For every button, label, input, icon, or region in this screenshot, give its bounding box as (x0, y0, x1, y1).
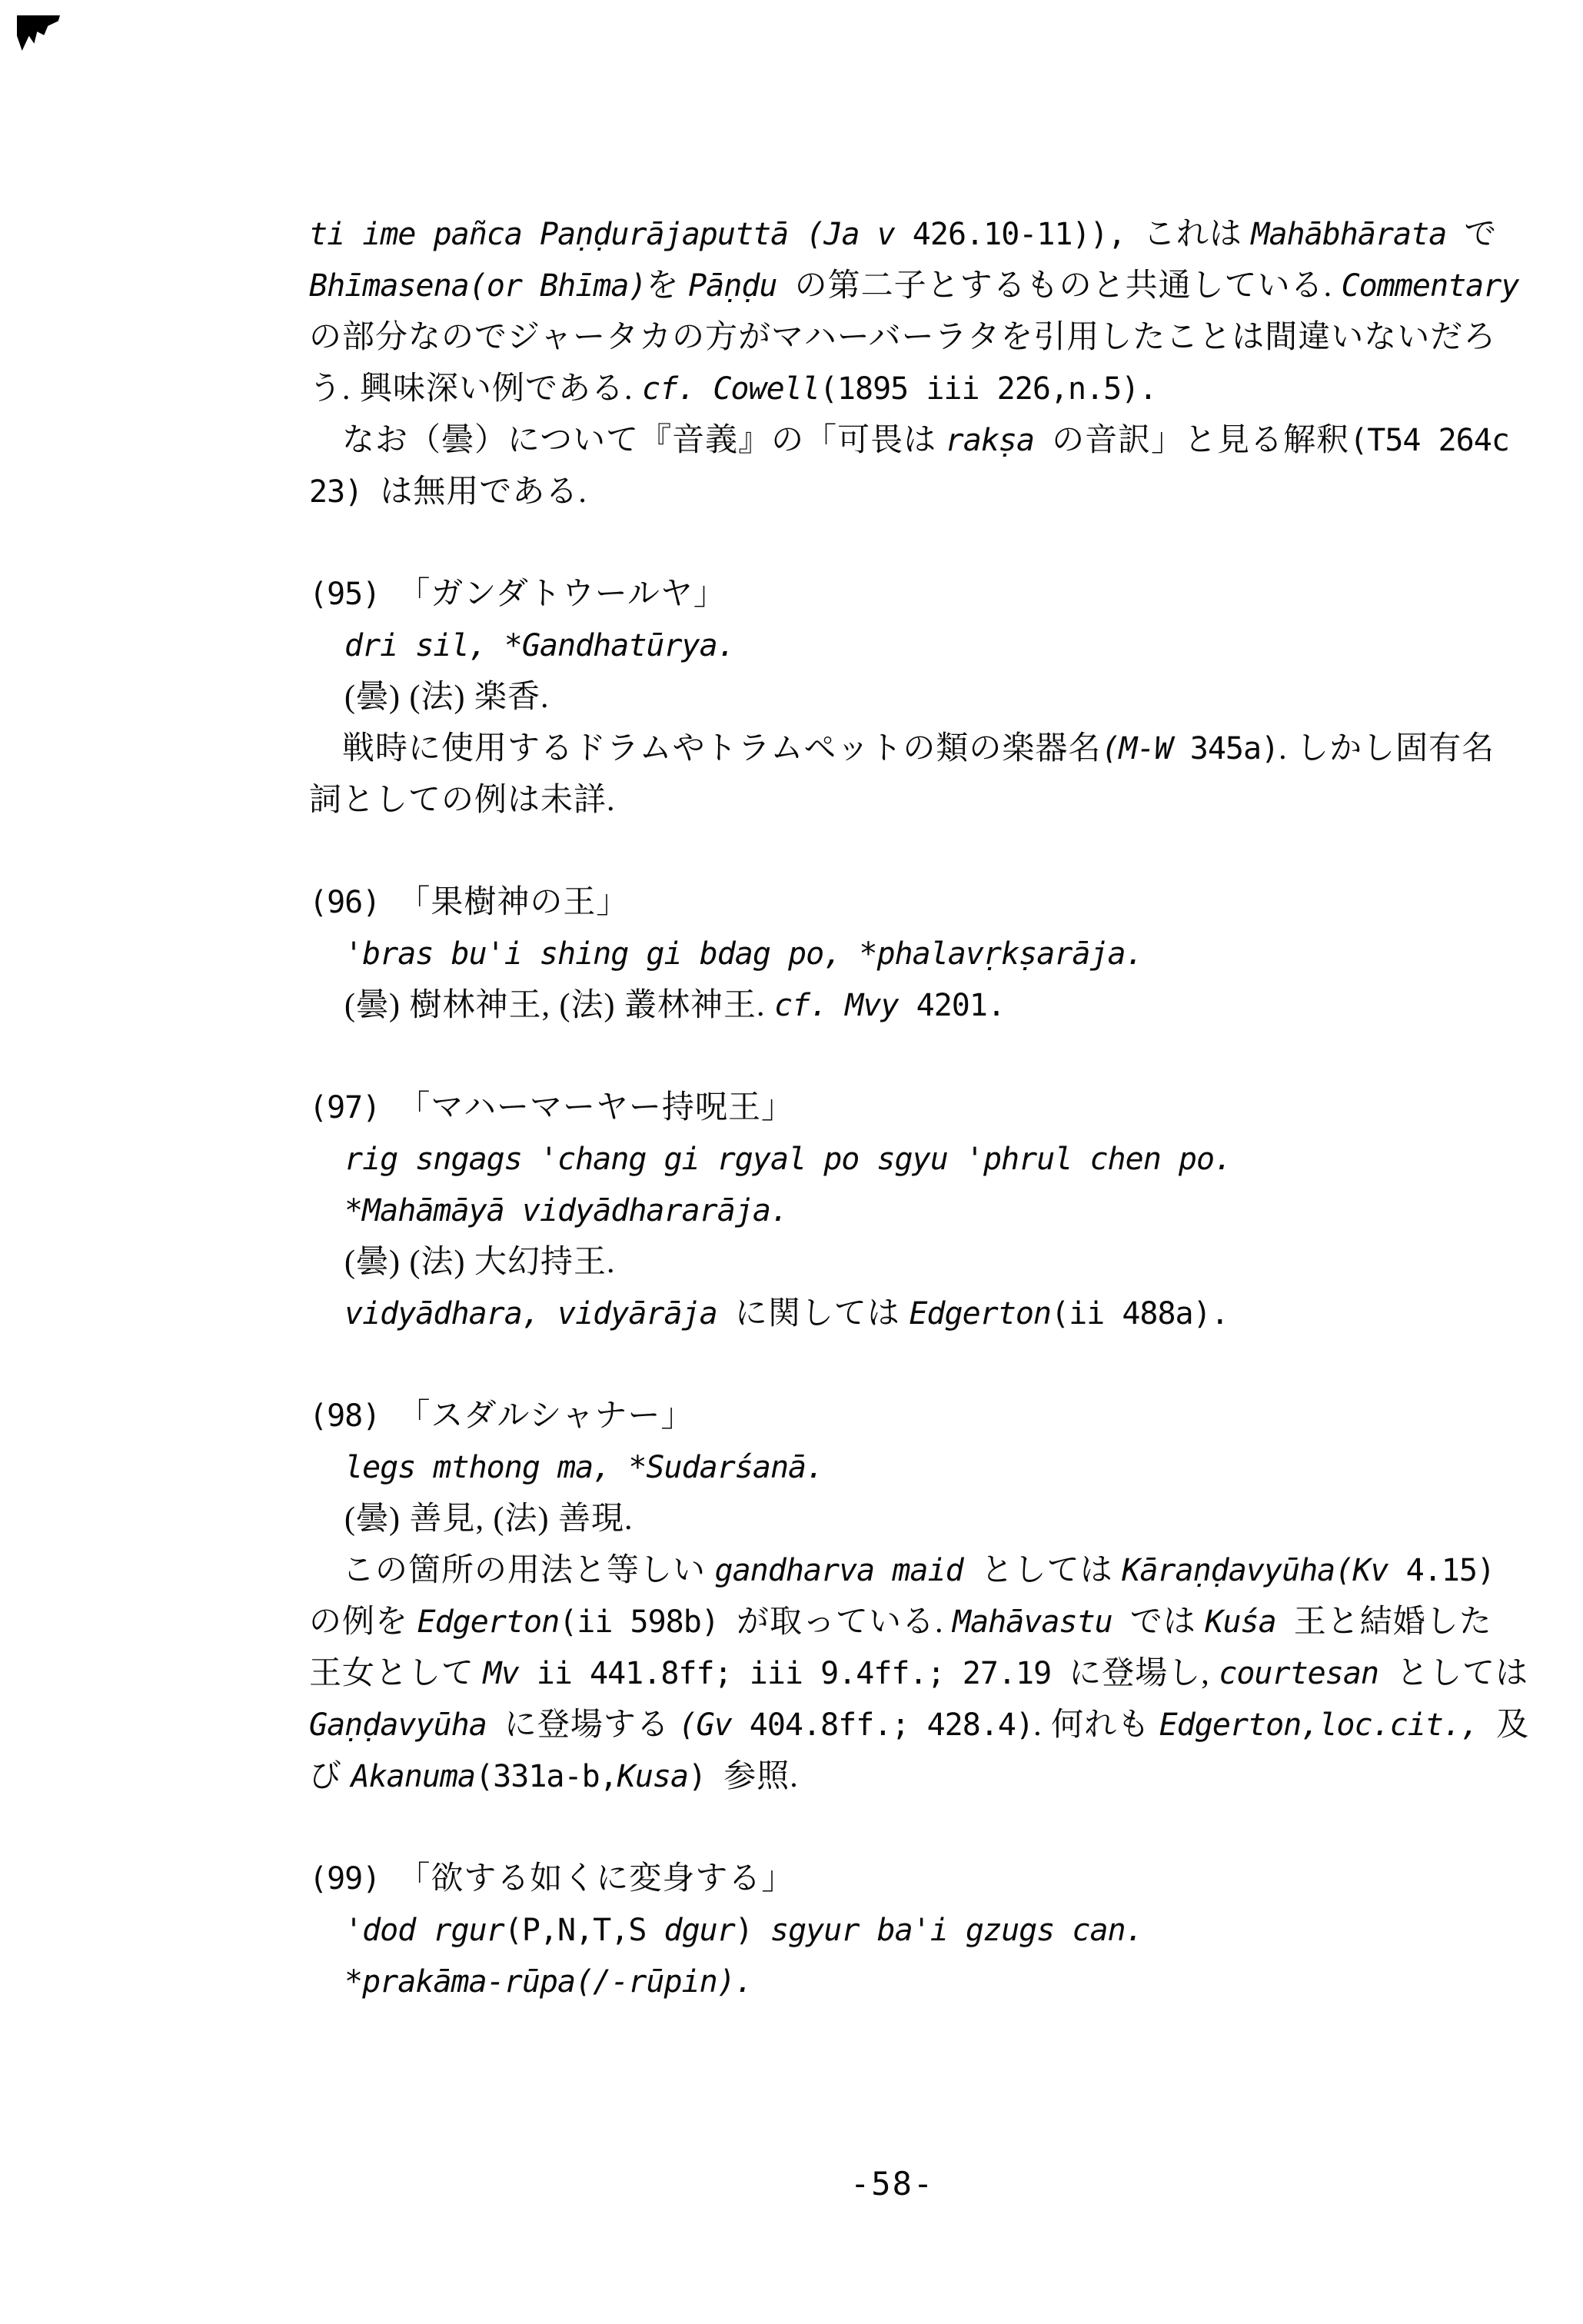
japanese-text: 及 (1496, 1707, 1529, 1743)
entry-96: (96) 「果樹神の王」'bras bu'i shing gi bdag po,… (309, 877, 1539, 1032)
japanese-text: に登場する (504, 1707, 679, 1743)
entry-97: (97) 「マハーマーヤー持呪王」rig sngags 'chang gi rg… (309, 1082, 1539, 1340)
latin-text: cf. Cowell (642, 371, 820, 407)
text-line: (曇) 樹林神王, (法) 叢林神王. cf. Mvy 4201. (309, 980, 1539, 1032)
text-line: う. 興味深い例である. cf. Cowell(1895 iii 226,n.5… (309, 364, 1539, 415)
latin-text: ii 441.8ff; iii 9.4ff.; 27.19 (537, 1656, 1069, 1691)
latin-text: (99) (309, 1861, 397, 1897)
entry-98: (98) 「スダルシャナー」legs mthong ma, *Sudarśanā… (309, 1391, 1539, 1803)
text-line: (96) 「果樹神の王」 (309, 877, 1539, 929)
latin-text: Edgerton (909, 1296, 1051, 1332)
entry-99: (99) 「欲する如くに変身する」'dod rgur(P,N,T,S dgur)… (309, 1854, 1539, 2008)
japanese-text: 「スダルシャナー」 (397, 1398, 693, 1434)
text-line: 'dod rgur(P,N,T,S dgur) sgyur ba'i gzugs… (309, 1905, 1539, 1957)
text-line: (98) 「スダルシャナー」 (309, 1391, 1539, 1442)
latin-text: 404.8ff.; 428.4) (750, 1707, 1033, 1743)
japanese-text: は無用である. (380, 474, 587, 510)
japanese-text: としては (1396, 1656, 1528, 1691)
japanese-text: う. 興味深い例である. (309, 371, 642, 407)
latin-text: 426.10-11)), (913, 217, 1143, 252)
page-number: -58- (850, 2165, 934, 2203)
text-line: ti ime pañca Paṇḍurājaputtā (Ja v 426.10… (309, 209, 1539, 261)
latin-text: Mahābhārata (1251, 217, 1464, 252)
latin-text: (P,N,T,S (504, 1913, 664, 1948)
latin-text: 'dod rgur (344, 1913, 504, 1948)
scanned-page: ti ime pañca Paṇḍurājaputtā (Ja v 426.10… (0, 0, 1583, 2324)
japanese-text: 戦時に使用するドラムやトラムペットの類の楽器名 (309, 731, 1101, 766)
japanese-text: この箇所の用法と等しい (309, 1553, 715, 1588)
text-line: *prakāma-rūpa(/-rūpin). (309, 1957, 1539, 2008)
latin-text: (331a-b, (475, 1759, 617, 1794)
text-line: Bhīmasena(or Bhīma)を Pāṇḍu の第二子とするものと共通し… (309, 261, 1539, 312)
latin-text: ) (735, 1913, 770, 1948)
text-line: (曇) (法) 大幻持王. (309, 1237, 1539, 1288)
latin-text: (M-W (1101, 731, 1189, 766)
latin-text: ) (688, 1759, 723, 1794)
text-line: なお（曇）について『音義』の「可畏は rakṣa の音訳」と見る解釈(T54 2… (309, 415, 1539, 467)
latin-text: Kuśa (1205, 1604, 1293, 1640)
latin-text: (97) (309, 1090, 397, 1125)
japanese-text: では (1130, 1604, 1206, 1640)
japanese-text: . しかし固有名 (1279, 731, 1495, 766)
latin-text: Commentary (1342, 268, 1519, 304)
latin-text: 4201. (916, 988, 1005, 1023)
japanese-text: の部分なのでジャータカの方がマハーバーラタを引用したことは間違いないだろ (309, 320, 1496, 355)
latin-text: *Mahāmāyā vidyādhararāja. (344, 1193, 788, 1228)
japanese-text: としては (981, 1553, 1122, 1588)
japanese-text: の例を (309, 1604, 417, 1640)
text-line: dri sil, *Gandhatūrya. (309, 620, 1539, 672)
latin-text: legs mthong ma, *Sudarśanā. (344, 1450, 823, 1485)
japanese-text: 「ガンダトウールヤ」 (397, 577, 726, 612)
text-line: rig sngags 'chang gi rgyal po sgyu 'phru… (309, 1134, 1539, 1185)
latin-text: (95) (309, 577, 397, 612)
latin-text: Edgerton (417, 1604, 560, 1640)
japanese-text: に登場し, (1069, 1656, 1219, 1691)
japanese-text: (曇) (法) 大幻持王. (344, 1245, 615, 1280)
japanese-text: 王女として (309, 1656, 484, 1691)
entry-95: (95) 「ガンダトウールヤ」dri sil, *Gandhatūrya.(曇)… (309, 569, 1539, 826)
japanese-text: (曇) 樹林神王, (法) 叢林神王. (344, 988, 774, 1023)
japanese-text: に関しては (735, 1296, 910, 1332)
latin-text: Edgerton,loc.cit., (1159, 1707, 1497, 1743)
latin-text: courtesan (1219, 1656, 1396, 1691)
latin-text: Akanuma (351, 1759, 476, 1794)
text-line: Gaṇḍavyūha に登場する (Gv 404.8ff.; 428.4). 何… (309, 1700, 1539, 1751)
japanese-text: (曇) (法) 楽香. (344, 680, 549, 715)
latin-text: Bhīmasena(or Bhīma) (309, 268, 647, 304)
text-line: 王女として Mv ii 441.8ff; iii 9.4ff.; 27.19 に… (309, 1648, 1539, 1700)
latin-text: (1895 iii 226,n.5). (820, 371, 1157, 407)
text-line: legs mthong ma, *Sudarśanā. (309, 1442, 1539, 1494)
latin-text: Pāṇḍu (688, 268, 795, 304)
japanese-text: 詞としての例は未詳. (309, 783, 616, 818)
japanese-text: これは (1143, 217, 1252, 252)
latin-text: (96) (309, 885, 397, 920)
text-line: (95) 「ガンダトウールヤ」 (309, 569, 1539, 620)
text-line: 'bras bu'i shing gi bdag po, *phalavṛkṣa… (309, 929, 1539, 980)
text-line: この箇所の用法と等しい gandharva maid としては Kāraṇḍav… (309, 1545, 1539, 1597)
latin-text: (Gv (678, 1707, 749, 1743)
japanese-text: 王と結婚した (1294, 1604, 1492, 1640)
text-line: (97) 「マハーマーヤー持呪王」 (309, 1082, 1539, 1134)
japanese-text: 「果樹神の王」 (397, 885, 629, 920)
text-line: の例を Edgerton(ii 598b) が取っている. Mahāvastu … (309, 1597, 1539, 1648)
latin-text: 23) (309, 474, 380, 510)
japanese-text: . 何れも (1033, 1707, 1159, 1743)
text-line: (曇) 善見, (法) 善現. (309, 1494, 1539, 1545)
latin-text: ti ime pañca Paṇḍurājaputtā (Ja v (309, 217, 913, 252)
latin-text: (ii 598b) (559, 1604, 737, 1640)
japanese-text: なお（曇）について『音義』の「可畏は (309, 423, 946, 458)
latin-text: (ii 488a). (1051, 1296, 1229, 1332)
latin-text: sgyur ba'i gzugs can. (770, 1913, 1143, 1948)
japanese-text: の音訳」と見る解釈 (1052, 423, 1349, 458)
latin-text: 'bras bu'i shing gi bdag po, *phalavṛkṣa… (344, 936, 1143, 972)
latin-text: rakṣa (946, 423, 1053, 458)
latin-text: Gaṇḍavyūha (309, 1707, 504, 1743)
text-line: vidyādhara, vidyārāja に関しては Edgerton(ii … (309, 1288, 1539, 1340)
latin-text: Mv (484, 1656, 537, 1691)
latin-text: cf. Mvy (774, 988, 916, 1023)
scan-corner-artifact (17, 15, 60, 51)
japanese-text: が取っている. (737, 1604, 953, 1640)
latin-text: *prakāma-rūpa(/-rūpin). (344, 1964, 753, 2000)
document-content: ti ime pañca Paṇḍurājaputtā (Ja v 426.10… (309, 209, 1539, 2059)
text-line: 詞としての例は未詳. (309, 775, 1539, 826)
text-line: (曇) (法) 楽香. (309, 672, 1539, 723)
japanese-text: 参照. (723, 1759, 799, 1794)
latin-text: 4.15) (1406, 1553, 1495, 1588)
japanese-text: で (1464, 217, 1497, 252)
japanese-text: (曇) 善見, (法) 善現. (344, 1501, 633, 1537)
latin-text: Mahāvastu (953, 1604, 1130, 1640)
latin-text: Kāraṇḍavyūha(Kv (1122, 1553, 1405, 1588)
japanese-text: 「マハーマーヤー持呪王」 (397, 1090, 794, 1125)
latin-text: vidyādhara, vidyārāja (344, 1296, 735, 1332)
text-line: 戦時に使用するドラムやトラムペットの類の楽器名(M-W 345a). しかし固有… (309, 723, 1539, 775)
text-line: *Mahāmāyā vidyādhararāja. (309, 1185, 1539, 1237)
latin-text: dgur (664, 1913, 735, 1948)
text-line: 23) は無用である. (309, 467, 1539, 518)
japanese-text: の第二子とするものと共通している. (795, 268, 1342, 304)
text-line: (99) 「欲する如くに変身する」 (309, 1854, 1539, 1905)
latin-text: dri sil, *Gandhatūrya. (344, 628, 735, 663)
japanese-text: 「欲する如くに変身する」 (397, 1861, 794, 1897)
latin-text: Kusa (617, 1759, 688, 1794)
latin-text: 345a) (1190, 731, 1279, 766)
intro-paragraphs: ti ime pañca Paṇḍurājaputtā (Ja v 426.10… (309, 209, 1539, 518)
text-line: び Akanuma(331a-b,Kusa) 参照. (309, 1751, 1539, 1803)
latin-text: (T54 264c (1349, 423, 1509, 458)
text-line: の部分なのでジャータカの方がマハーバーラタを引用したことは間違いないだろ (309, 312, 1539, 364)
latin-text: gandharva maid (715, 1553, 981, 1588)
japanese-text: び (309, 1759, 351, 1794)
japanese-text: を (647, 268, 689, 304)
latin-text: rig sngags 'chang gi rgyal po sgyu 'phru… (344, 1142, 1232, 1177)
latin-text: (98) (309, 1398, 397, 1434)
